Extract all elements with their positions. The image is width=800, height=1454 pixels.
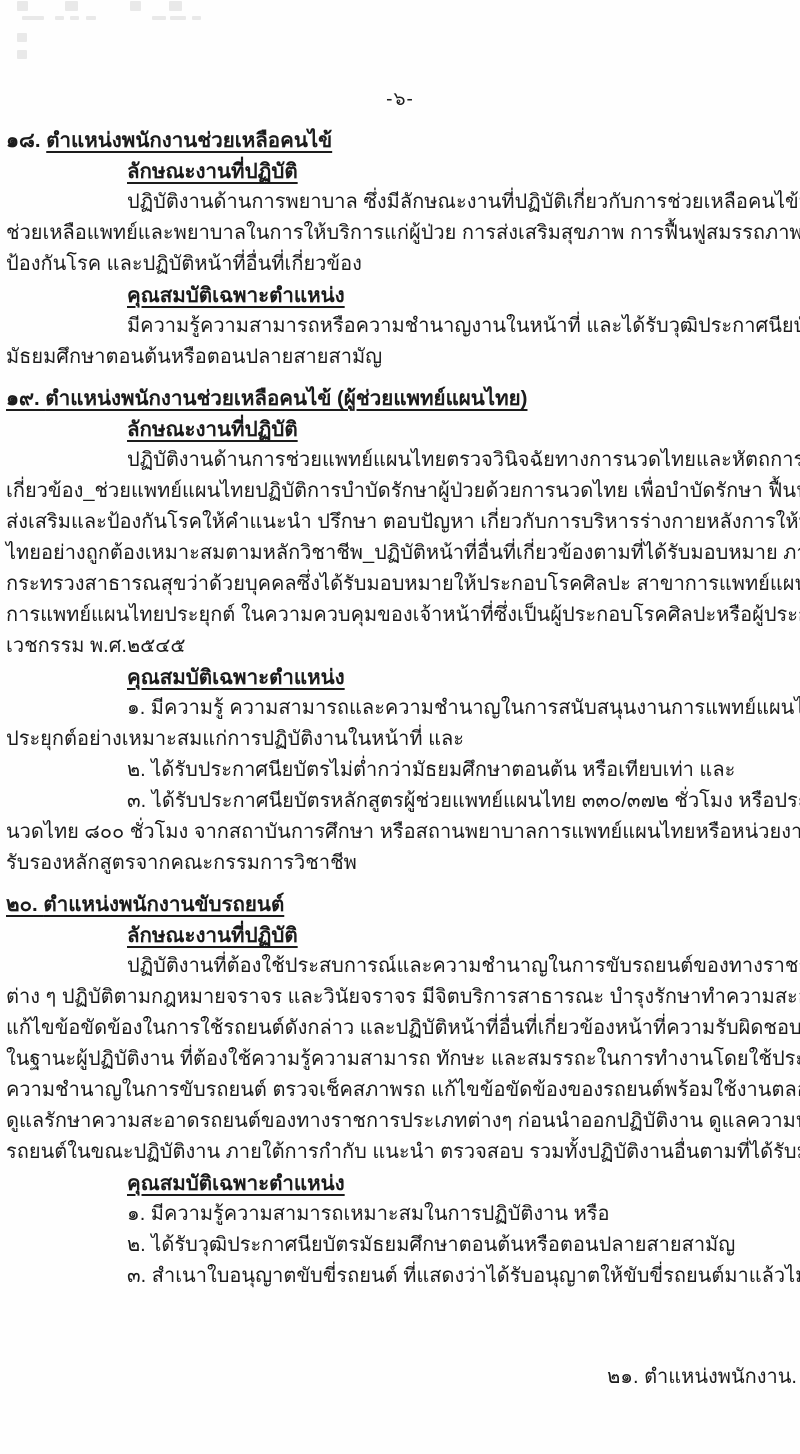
- document-page: -๖- ๑๘. ตำแหน่งพนักงานช่วยเหลือคนไข้ลักษ…: [0, 0, 800, 1454]
- text-line: ปฏิบัติงานด้านการช่วยแพทย์แผนไทยตรวจวินิ…: [6, 445, 800, 476]
- scan-artifact: [192, 16, 201, 20]
- scan-artifact: [169, 1, 182, 11]
- section-title: ตำแหน่งพนักงานช่วยเหลือคนไข้ (ผู้ช่วยแพท…: [45, 387, 527, 410]
- scan-artifact: [55, 16, 64, 20]
- subheading: ลักษณะงานที่ปฏิบัติ: [127, 920, 298, 951]
- text-line: ป้องกันโรค และปฏิบัติหน้าที่อื่นที่เกี่ย…: [6, 249, 800, 280]
- text-line: ไทยอย่างถูกต้องเหมาะสมตามหลักวิชาชีพ_ปฏิ…: [6, 538, 800, 569]
- text-line: ความชำนาญในการขับรถยนต์ ตรวจเช็คสภาพรถ แ…: [6, 1075, 800, 1106]
- scan-artifact: [70, 16, 79, 20]
- section-heading: ๑๙. ตำแหน่งพนักงานช่วยเหลือคนไข้ (ผู้ช่ว…: [6, 383, 800, 414]
- text-line: ปฏิบัติงานที่ต้องใช้ประสบการณ์และความชำน…: [6, 951, 800, 982]
- subheading: คุณสมบัติเฉพาะตำแหน่ง: [127, 280, 345, 311]
- continuation-note: ๒๑. ตำแหน่งพนักงาน.: [607, 1362, 797, 1393]
- text-line: เกี่ยวข้อง_ช่วยแพทย์แผนไทยปฏิบัติการบำบั…: [6, 476, 800, 507]
- scan-artifact: [130, 1, 141, 11]
- section-title: ตำแหน่งพนักงานช่วยเหลือคนไข้: [46, 129, 332, 152]
- text-line: การแพทย์แผนไทยประยุกต์ ในความควบคุมของเจ…: [6, 600, 800, 631]
- scan-artifact: [22, 16, 44, 20]
- text-line: ๓. สำเนาใบอนุญาตขับขี่รถยนต์ ที่แสดงว่าไ…: [6, 1261, 800, 1292]
- scan-artifact: [65, 1, 78, 11]
- scan-artifact: [86, 16, 96, 20]
- scan-artifact: [17, 1, 28, 11]
- subheading: คุณสมบัติเฉพาะตำแหน่ง: [127, 1168, 345, 1199]
- text-line: ๑. มีความรู้ ความสามารถและความชำนาญในการ…: [6, 693, 800, 724]
- section-heading: ๑๘. ตำแหน่งพนักงานช่วยเหลือคนไข้: [6, 125, 800, 156]
- text-line: ปฏิบัติงานด้านการพยาบาล ซึ่งมีลักษณะงานท…: [6, 187, 800, 218]
- document-body: ๑๘. ตำแหน่งพนักงานช่วยเหลือคนไข้ลักษณะงา…: [0, 125, 800, 1292]
- section-number: ๒๐.: [6, 893, 43, 916]
- text-line: รับรองหลักสูตรจากคณะกรรมการวิชาชีพ: [6, 848, 800, 879]
- section-number: ๑๘.: [6, 129, 46, 152]
- text-line: ช่วยเหลือแพทย์และพยาบาลในการให้บริการแก่…: [6, 218, 800, 249]
- text-line: ส่งเสริมและป้องกันโรคให้คำแนะนำ ปรึกษา ต…: [6, 507, 800, 538]
- text-line: ต่าง ๆ ปฏิบัติตามกฎหมายจราจร และวินัยจรา…: [6, 982, 800, 1013]
- text-line: แก้ไขข้อขัดข้องในการใช้รถยนต์ดังกล่าว แล…: [6, 1013, 800, 1044]
- scan-artifact: [152, 16, 166, 20]
- subheading: ลักษณะงานที่ปฏิบัติ: [127, 414, 298, 445]
- text-line: มัธยมศึกษาตอนต้นหรือตอนปลายสายสามัญ: [6, 342, 800, 373]
- text-line: รถยนต์ในขณะปฏิบัติงาน ภายใต้การกำกับ แนะ…: [6, 1137, 800, 1168]
- page-number: -๖-: [0, 0, 800, 115]
- text-line: ดูแลรักษาความสะอาดรถยนต์ของทางราชการประเ…: [6, 1106, 800, 1137]
- text-line: ๒. ได้รับประกาศนียบัตรไม่ต่ำกว่ามัธยมศึก…: [6, 755, 800, 786]
- scan-artifact: [17, 50, 27, 59]
- text-line: ๓. ได้รับประกาศนียบัตรหลักสูตรผู้ช่วยแพท…: [6, 786, 800, 817]
- text-line: นวดไทย ๘๐๐ ชั่วโมง จากสถาบันการศึกษา หรื…: [6, 817, 800, 848]
- scan-artifact: [17, 33, 27, 42]
- text-line: ในฐานะผู้ปฏิบัติงาน ที่ต้องใช้ความรู้ควา…: [6, 1044, 800, 1075]
- section-heading: ๒๐. ตำแหน่งพนักงานขับรถยนต์: [6, 889, 800, 920]
- section-number: ๑๙.: [6, 387, 45, 410]
- text-line: ๒. ได้รับวุฒิประกาศนียบัตรมัธยมศึกษาตอนต…: [6, 1230, 800, 1261]
- text-line: ๑. มีความรู้ความสามารถเหมาะสมในการปฏิบัต…: [6, 1199, 800, 1230]
- text-line: มีความรู้ความสามารถหรือความชำนาญงานในหน้…: [6, 311, 800, 342]
- text-line: เวชกรรม พ.ศ.๒๕๔๕: [6, 631, 800, 662]
- text-line: ประยุกต์อย่างเหมาะสมแก่การปฏิบัติงานในหน…: [6, 724, 800, 755]
- subheading: ลักษณะงานที่ปฏิบัติ: [127, 156, 298, 187]
- text-line: กระทรวงสาธารณสุขว่าด้วยบุคคลซึ่งได้รับมอ…: [6, 569, 800, 600]
- section-title: ตำแหน่งพนักงานขับรถยนต์: [43, 893, 284, 916]
- scan-artifact: [170, 16, 186, 20]
- subheading: คุณสมบัติเฉพาะตำแหน่ง: [127, 662, 345, 693]
